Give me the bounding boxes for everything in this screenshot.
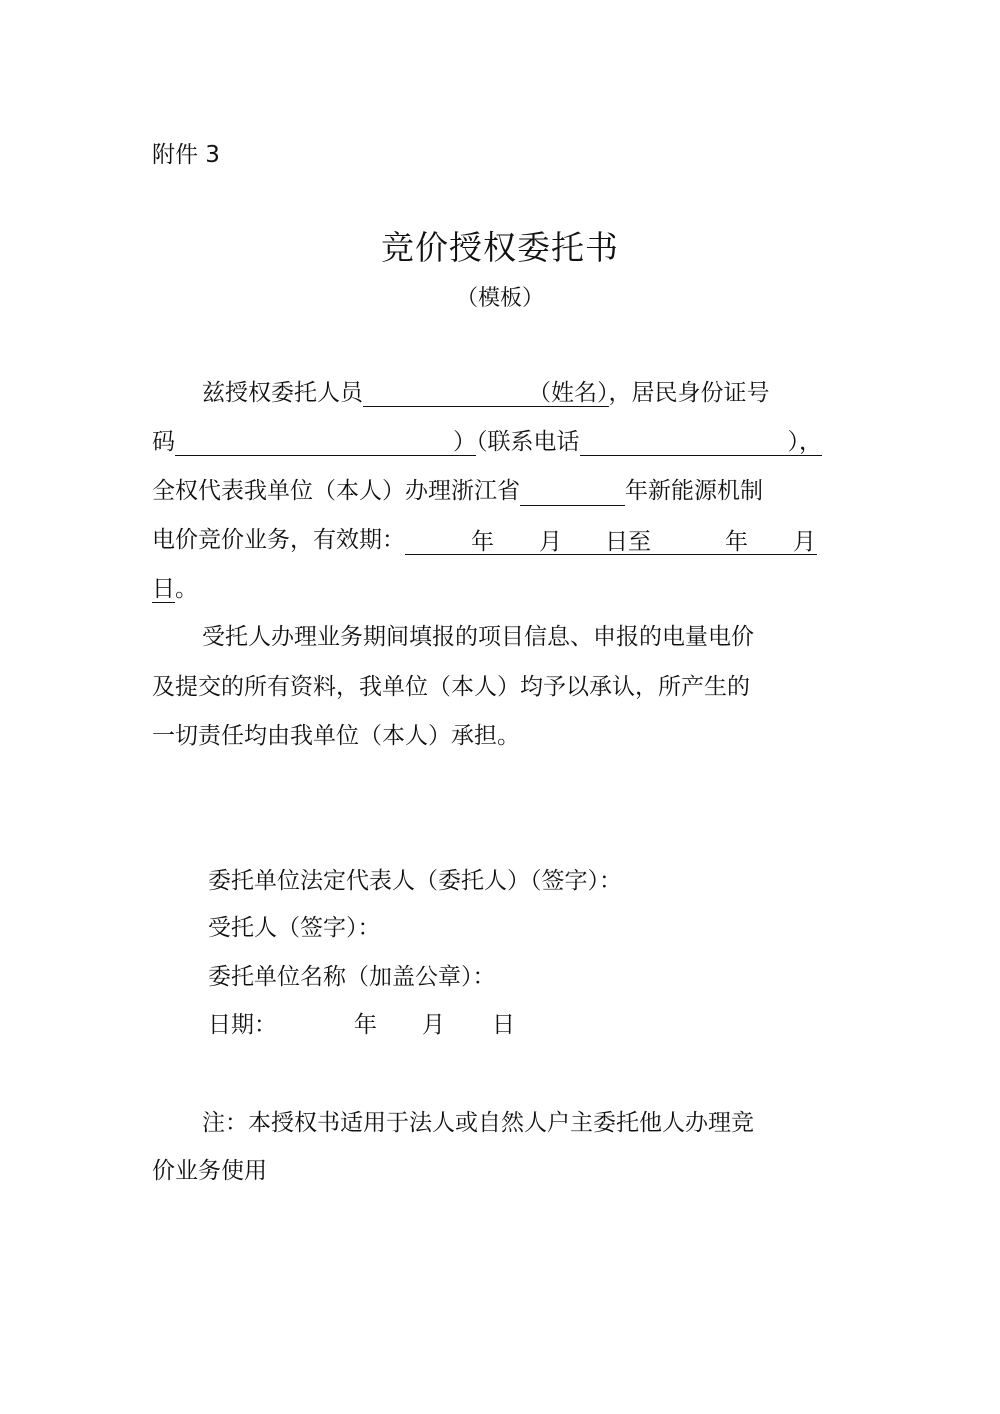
month2: 月 bbox=[793, 527, 816, 557]
text: 码 bbox=[152, 429, 175, 455]
date-line: 日期： 年 月 日 bbox=[208, 1010, 906, 1040]
date-label: 日期： bbox=[208, 1012, 277, 1038]
note-line-1: 注：本授权书适用于法人或自然人户主委托他人办理竞 bbox=[152, 1108, 850, 1138]
legal-rep-signature-label: 委托单位法定代表人（委托人）（签字）： bbox=[208, 866, 906, 896]
responsibility-line-2: 及提交的所有资料，我单位（本人）均予以承认，所产生的 bbox=[152, 672, 850, 702]
text: ，居民身份证号 bbox=[609, 380, 770, 406]
date-day: 日 bbox=[492, 1010, 515, 1040]
phone-field[interactable]: ）， bbox=[580, 429, 823, 456]
year1: 年 bbox=[471, 527, 494, 557]
responsibility-line-1: 受托人办理业务期间填报的项目信息、申报的电量电价 bbox=[152, 622, 850, 652]
date-month: 月 bbox=[422, 1010, 445, 1040]
month1: 月 bbox=[539, 527, 562, 557]
unit-name-seal-label: 委托单位名称（加盖公章）： bbox=[208, 962, 906, 992]
authorization-line-1: 兹授权委托人员（姓名），居民身份证号 bbox=[152, 378, 850, 408]
authorization-line-2: 码）（联系电话）， bbox=[152, 427, 850, 457]
day-to: 日至 bbox=[605, 527, 651, 557]
name-field[interactable]: （姓名） bbox=[363, 380, 609, 407]
document-title: 竞价授权委托书 bbox=[0, 222, 1000, 269]
text: （联系电话 bbox=[476, 429, 580, 455]
authorization-line-4: 电价竞价业务，有效期： 年 月 日至 年 月 bbox=[152, 525, 850, 555]
year-field[interactable] bbox=[520, 478, 625, 506]
validity-period-field[interactable]: 年 月 日至 年 月 bbox=[405, 527, 817, 555]
text: 兹授权委托人员 bbox=[202, 380, 363, 406]
text: 电价竞价业务，有效期： bbox=[152, 527, 405, 553]
day-end: 日 bbox=[152, 576, 175, 603]
paren: ）， bbox=[788, 429, 823, 455]
trustee-signature-label: 受托人（签字）： bbox=[208, 913, 906, 943]
paren: ） bbox=[453, 429, 476, 455]
authorization-line-5: 日。 bbox=[152, 574, 850, 604]
text: 全权代表我单位（本人）办理浙江省 bbox=[152, 478, 520, 504]
document-subtitle: （模板） bbox=[0, 281, 1000, 312]
name-hint: （姓名） bbox=[528, 380, 609, 406]
year2: 年 bbox=[725, 527, 748, 557]
responsibility-line-3: 一切责任均由我单位（本人）承担。 bbox=[152, 721, 850, 751]
attachment-label: 附件 3 bbox=[152, 136, 220, 169]
date-year: 年 bbox=[354, 1010, 377, 1040]
id-number-field[interactable]: ） bbox=[175, 429, 476, 456]
text: 。 bbox=[175, 576, 198, 602]
authorization-line-3: 全权代表我单位（本人）办理浙江省年新能源机制 bbox=[152, 476, 850, 506]
note-line-2: 价业务使用 bbox=[152, 1156, 850, 1186]
text: 年新能源机制 bbox=[625, 478, 763, 504]
